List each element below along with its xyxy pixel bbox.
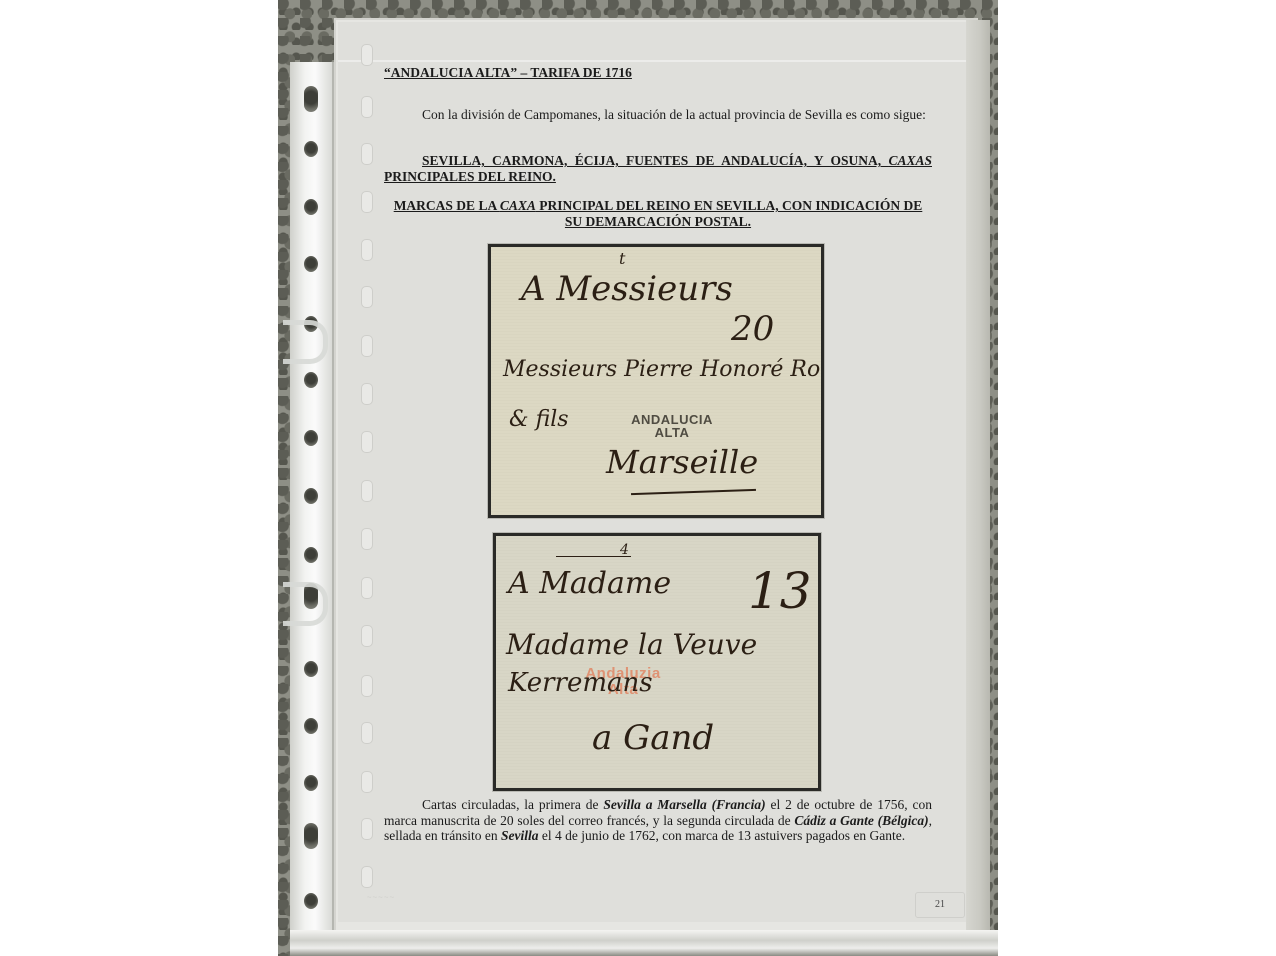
cover-address-line-1: A Madame xyxy=(508,566,671,601)
cover-address-line-2: Madame la Veuve xyxy=(506,628,757,661)
page-number: 21 xyxy=(915,892,965,918)
punch-hole xyxy=(304,372,318,388)
subheading-caxas-text-end: PRINCIPALES DEL REINO. xyxy=(384,169,556,184)
sleeve-slot xyxy=(361,722,373,744)
cover-marseille: t A Messieurs 20 Messieurs Pierre Honoré… xyxy=(491,247,821,515)
sleeve-punched-strip xyxy=(290,62,335,956)
sleeve-slot xyxy=(361,431,373,453)
cover-top-mark: 4 xyxy=(620,542,629,558)
punch-hole xyxy=(304,199,318,215)
cover-top-mark: t xyxy=(619,249,625,268)
cover-gand: 4 A Madame 13 Andaluzia Alta Madame la V… xyxy=(496,536,818,788)
caption-text: Cartas circuladas, la primera de xyxy=(422,797,603,812)
cover-rate-mark: 20 xyxy=(731,309,774,349)
sleeve-slot xyxy=(361,383,373,405)
sleeve-slot xyxy=(361,577,373,599)
intro-paragraph: Con la división de Campomanes, la situac… xyxy=(384,107,932,123)
sleeve-slot xyxy=(361,143,373,165)
sleeve-slot xyxy=(361,675,373,697)
stamp-line-2: ALTA xyxy=(617,426,727,439)
subheading-marcas-text: MARCAS DE LA xyxy=(394,198,500,213)
binder-ring xyxy=(283,320,328,364)
punch-hole xyxy=(304,256,318,272)
punch-hole xyxy=(304,718,318,734)
cover-address-line-4: Marseille xyxy=(606,443,758,481)
sleeve-slot xyxy=(361,771,373,793)
caption-route-2: Cádiz a Gante (Bélgica) xyxy=(794,813,928,828)
caption-city: Sevilla xyxy=(501,828,539,843)
sleeve-slot xyxy=(361,44,373,66)
sleeve-top-band xyxy=(338,60,966,62)
sleeve-slot xyxy=(361,818,373,840)
cover-mount-marseille: t A Messieurs 20 Messieurs Pierre Honoré… xyxy=(488,244,824,518)
page-title: “ANDALUCIA ALTA” – TARIFA DE 1716 xyxy=(384,65,632,81)
cover-address-line-2: Messieurs Pierre Honoré Roux xyxy=(503,357,821,382)
punch-hole xyxy=(304,430,318,446)
punch-hole xyxy=(304,141,318,157)
sleeve-slot xyxy=(361,96,373,118)
sleeve-slot xyxy=(361,191,373,213)
caption-route-1: Sevilla a Marsella (Francia) xyxy=(603,797,765,812)
sleeve-slot xyxy=(361,286,373,308)
cover-address-line-3: Kerremans xyxy=(508,668,653,698)
subheading-caxas: SEVILLA, CARMONA, ÉCIJA, FUENTES DE ANDA… xyxy=(384,153,932,184)
subheading-marcas-italic: CAXA xyxy=(500,198,536,213)
punch-hole xyxy=(304,823,318,849)
cover-address-line-3: & fils xyxy=(509,407,569,432)
sleeve-slot xyxy=(361,625,373,647)
sleeve-slot xyxy=(361,528,373,550)
cover-rate-mark: 13 xyxy=(748,562,812,620)
punch-hole xyxy=(304,547,318,563)
punch-hole xyxy=(304,488,318,504)
sleeve-bottom-edge xyxy=(290,930,998,956)
page-stack-edge xyxy=(966,20,990,935)
cover-mount-gand: 4 A Madame 13 Andaluzia Alta Madame la V… xyxy=(493,533,821,791)
punch-hole xyxy=(304,775,318,791)
punch-hole xyxy=(304,661,318,677)
sleeve-slot xyxy=(361,239,373,261)
sleeve-slot xyxy=(361,480,373,502)
sleeve-slot xyxy=(361,335,373,357)
subheading-caxas-text: SEVILLA, CARMONA, ÉCIJA, FUENTES DE ANDA… xyxy=(422,153,888,168)
sleeve-slot xyxy=(361,866,373,888)
subheading-marcas-text-end: PRINCIPAL DEL REINO EN SEVILLA, CON INDI… xyxy=(536,198,922,229)
punch-hole xyxy=(304,893,318,909)
andalucia-alta-stamp: ANDALUCIA ALTA xyxy=(617,413,727,439)
flourish-underline xyxy=(631,489,756,495)
caption-text: el 4 de junio de 1762, con marca de 13 a… xyxy=(538,828,905,843)
embossed-logo: ~~~~~ xyxy=(352,893,410,919)
cover-address-line-4: a Gand xyxy=(592,718,714,758)
subheading-caxas-italic: CAXAS xyxy=(888,153,932,168)
caption-paragraph: Cartas circuladas, la primera de Sevilla… xyxy=(384,797,932,844)
punch-hole xyxy=(304,86,318,112)
subheading-marcas: MARCAS DE LA CAXA PRINCIPAL DEL REINO EN… xyxy=(384,198,932,229)
cover-address-line-1: A Messieurs xyxy=(521,269,733,309)
binder-ring xyxy=(283,582,328,626)
